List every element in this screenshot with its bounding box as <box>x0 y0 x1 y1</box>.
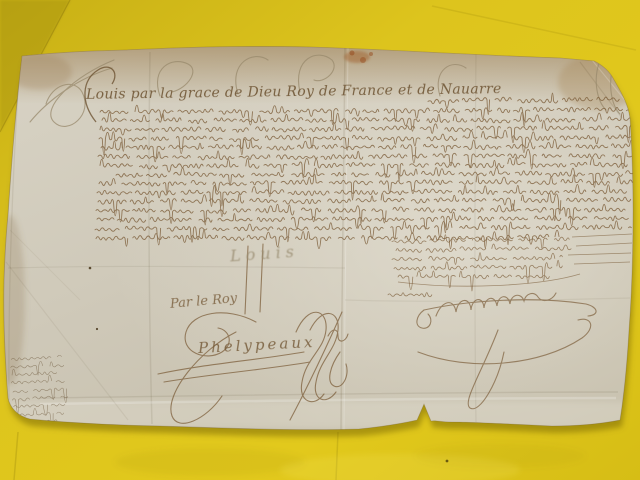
speck <box>96 328 98 330</box>
scene-graphic <box>0 0 640 480</box>
photograph-of-manuscript: Louis par la grace de Dieu Roy de France… <box>0 0 640 480</box>
speck <box>89 267 92 270</box>
parchment-document <box>0 40 640 480</box>
